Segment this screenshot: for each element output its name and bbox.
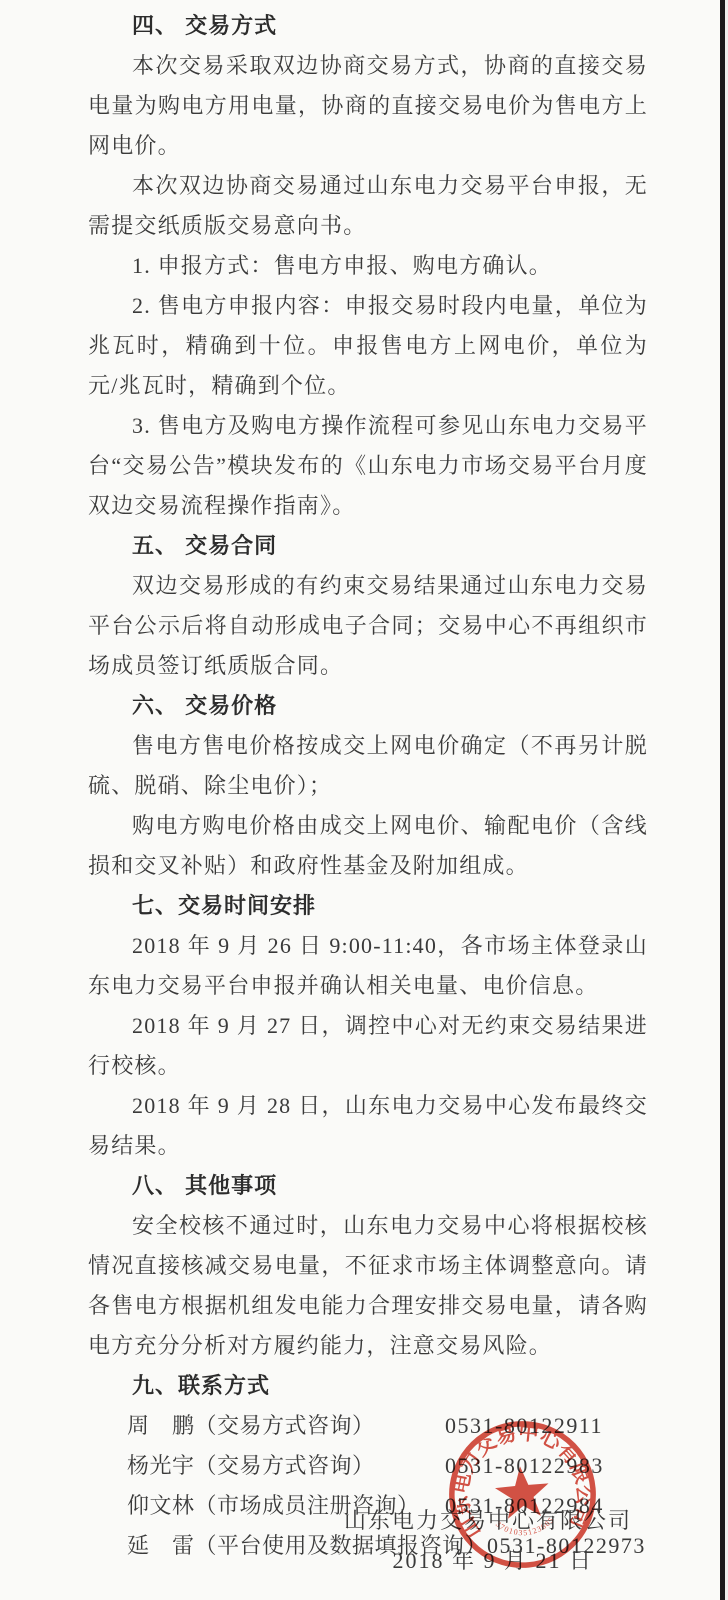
section-7-heading: 七、交易时间安排 — [88, 886, 648, 926]
section-6-paragraph-1: 售电方售电价格按成交上网电价确定（不再另计脱硫、脱硝、除尘电价）； — [88, 726, 648, 806]
signature-block: 山东电力交易中心有限公司 2018 年 9 月 21 日 山东电力交易中心有限公… — [0, 1404, 728, 1600]
section-7-paragraph-3: 2018 年 9 月 28 日，山东电力交易中心发布最终交易结果。 — [88, 1086, 648, 1166]
section-4-item-3: 3. 售电方及购电方操作流程可参见山东电力交易平台“交易公告”模块发布的《山东电… — [88, 406, 648, 526]
section-8-paragraph-1: 安全校核不通过时，山东电力交易中心将根据校核情况直接核减交易电量，不征求市场主体… — [88, 1206, 648, 1366]
seal-number: 3701035123605 — [493, 1515, 557, 1540]
section-4-item-2: 2. 售电方申报内容：申报交易时段内电量，单位为兆瓦时，精确到十位。申报售电方上… — [88, 286, 648, 406]
section-9-heading: 九、联系方式 — [88, 1366, 648, 1406]
section-7-paragraph-2: 2018 年 9 月 27 日，调控中心对无约束交易结果进行校核。 — [88, 1006, 648, 1086]
notice-document: 四、 交易方式 本次交易采取双边协商交易方式，协商的直接交易电量为购电方用电量，… — [0, 0, 728, 1600]
section-7-paragraph-1: 2018 年 9 月 26 日 9:00-11:40，各市场主体登录山东电力交易… — [88, 926, 648, 1006]
section-8-heading: 八、 其他事项 — [88, 1166, 648, 1206]
seal-star-icon — [493, 1464, 551, 1520]
section-6-heading: 六、 交易价格 — [88, 686, 648, 726]
official-seal: 山东电力交易中心有限公司 3701035123605 — [437, 1409, 607, 1579]
seal-number-wrap: 3701035123605 — [493, 1515, 557, 1540]
section-4-paragraph-1: 本次交易采取双边协商交易方式，协商的直接交易电量为购电方用电量，协商的直接交易电… — [88, 46, 648, 166]
notice-body: 四、 交易方式 本次交易采取双边协商交易方式，协商的直接交易电量为购电方用电量，… — [0, 0, 728, 1566]
section-5-paragraph-1: 双边交易形成的有约束交易结果通过山东电力交易平台公示后将自动形成电子合同；交易中… — [88, 566, 648, 686]
section-6-paragraph-2: 购电方购电价格由成交上网电价、输配电价（含线损和交叉补贴）和政府性基金及附加组成… — [88, 806, 648, 886]
section-5-heading: 五、 交易合同 — [88, 526, 648, 566]
section-4-item-1: 1. 申报方式：售电方申报、购电方确认。 — [88, 246, 648, 286]
section-4-heading: 四、 交易方式 — [88, 6, 648, 46]
section-4-paragraph-2: 本次双边协商交易通过山东电力交易平台申报，无需提交纸质版交易意向书。 — [88, 166, 648, 246]
